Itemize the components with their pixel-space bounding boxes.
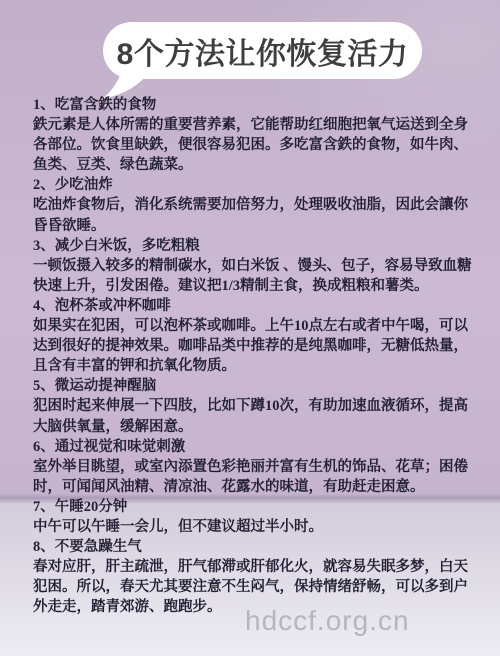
title-bubble: 8个方法让你恢复活力 — [103, 22, 422, 79]
tip-heading: 8、不要急躁生气 — [33, 537, 474, 557]
tip-body: 一顿饭摄入较多的精制碳水，如白米饭 、馒头、包子，容易导致血糖快速上升，引发困倦… — [33, 256, 474, 296]
tip-section-5: 5、微运动提神醒脑 犯困时起来伸展一下四肢，比如下蹲10次，有助加速血液循环，提… — [33, 376, 474, 436]
tip-heading: 2、少吃油炸 — [33, 175, 474, 195]
tip-heading: 6、通过视觉和味觉刺激 — [33, 437, 474, 457]
tip-section-3: 3、减少白米饭，多吃粗粮 一顿饭摄入较多的精制碳水，如白米饭 、馒头、包子，容易… — [33, 236, 474, 296]
tip-body: 鉄元素是人体所需的重要营养素，它能帮助红细胞把氧气运送到全身各部位。饮食里缺鉄，… — [33, 115, 474, 175]
tip-section-6: 6、通过视觉和味觉刺激 室外举目眺望，或室內添置色彩艳丽并富有生机的饰品、花草；… — [33, 437, 474, 497]
tips-list: 1、吃富含鉄的食物 鉄元素是人体所需的重要营养素，它能帮助红细胞把氧气运送到全身… — [33, 95, 474, 617]
tip-section-7: 7、午睡20分钟 中午可以午睡一会儿，但不建议超过半小时。 — [33, 497, 474, 537]
tip-heading: 4、泡杯茶或冲杯咖啡 — [33, 296, 474, 316]
tip-body: 中午可以午睡一会儿，但不建议超过半小时。 — [33, 517, 474, 537]
tip-body: 室外举目眺望，或室內添置色彩艳丽并富有生机的饰品、花草；困倦时，可闻闻风油精、清… — [33, 457, 474, 497]
watermark: hdccf.org.cn — [245, 605, 410, 637]
vitality-tips-poster: 8个方法让你恢复活力 1、吃富含鉄的食物 鉄元素是人体所需的重要营养素，它能帮助… — [0, 0, 500, 656]
tip-section-2: 2、少吃油炸 吃油炸食物后，消化系统需要加倍努力，处理吸收油脂，因此会讓你昏昏欲… — [33, 175, 474, 235]
tip-body: 如果实在犯困，可以泡杯茶或咖啡。上午10点左右或者中午喝，可以达到很好的提神效果… — [33, 316, 474, 376]
page-title: 8个方法让你恢复活力 — [117, 29, 409, 73]
tip-body: 吃油炸食物后，消化系统需要加倍努力，处理吸收油脂，因此会讓你昏昏欲睡。 — [33, 195, 474, 235]
tip-body: 犯困时起来伸展一下四肢，比如下蹲10次，有助加速血液循环，提高大脑供氧量，缓解困… — [33, 396, 474, 436]
tip-heading: 7、午睡20分钟 — [33, 497, 474, 517]
tip-heading: 5、微运动提神醒脑 — [33, 376, 474, 396]
tip-heading: 3、减少白米饭，多吃粗粮 — [33, 236, 474, 256]
tip-section-1: 1、吃富含鉄的食物 鉄元素是人体所需的重要营养素，它能帮助红细胞把氧气运送到全身… — [33, 95, 474, 175]
tip-heading: 1、吃富含鉄的食物 — [33, 95, 474, 115]
tip-section-4: 4、泡杯茶或冲杯咖啡 如果实在犯困，可以泡杯茶或咖啡。上午10点左右或者中午喝，… — [33, 296, 474, 376]
